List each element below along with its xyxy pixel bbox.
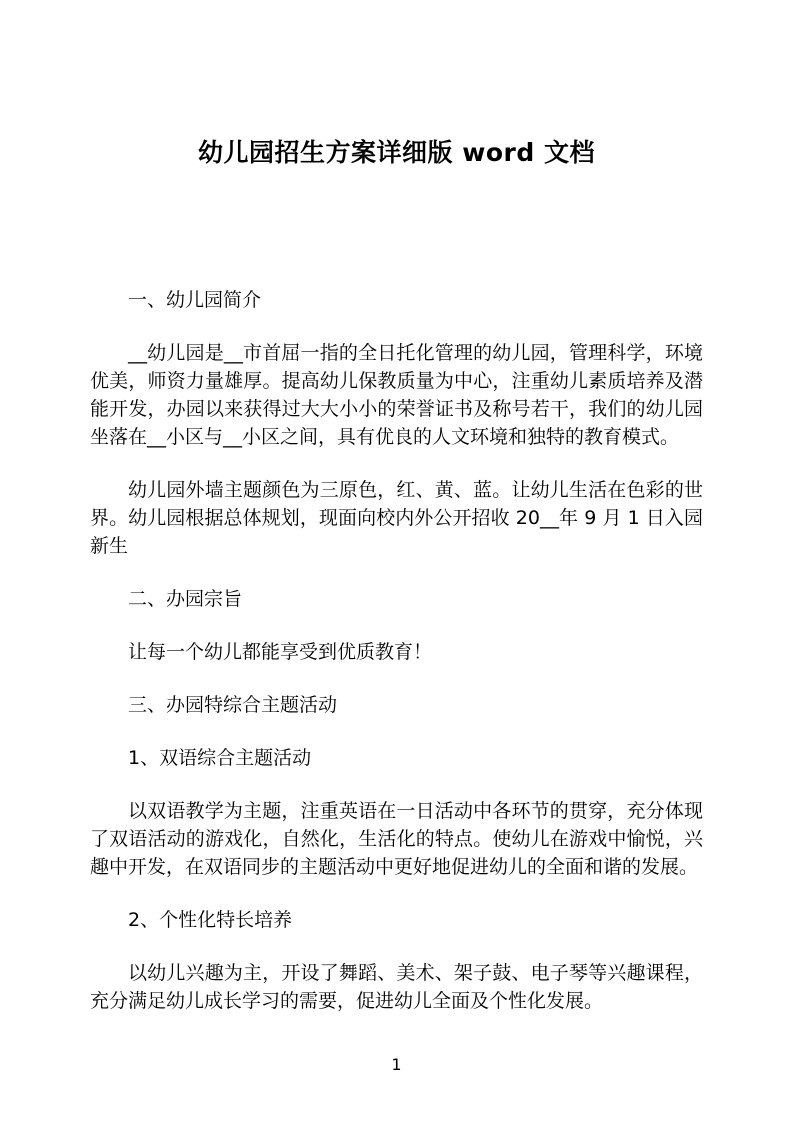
section-heading-2: 二、办园宗旨 xyxy=(90,585,703,613)
page-number: 1 xyxy=(0,1054,793,1076)
document-body: 一、幼儿园简介 __幼儿园是__市首屈一指的全日托化管理的幼儿园，管理科学，环境… xyxy=(90,286,703,1015)
subsection-heading-1: 1、双语综合主题活动 xyxy=(90,744,703,772)
paragraph-mission: 让每一个幼儿都能享受到优质教育！ xyxy=(90,638,703,666)
paragraph-personalized: 以幼儿兴趣为主，开设了舞蹈、美术、架子鼓、电子琴等兴趣课程，充分满足幼儿成长学习… xyxy=(90,959,703,1015)
paragraph-bilingual: 以双语教学为主题，注重英语在一日活动中各环节的贯穿，充分体现了双语活动的游戏化，… xyxy=(90,797,703,881)
section-heading-3: 三、办园特综合主题活动 xyxy=(90,691,703,719)
paragraph-colors-enrollment: 幼儿园外墙主题颜色为三原色，红、黄、蓝。让幼儿生活在色彩的世界。幼儿园根据总体规… xyxy=(90,476,703,560)
document-page: 幼儿园招生方案详细版 word 文档 一、幼儿园简介 __幼儿园是__市首屈一指… xyxy=(0,0,793,1122)
section-heading-1: 一、幼儿园简介 xyxy=(90,286,703,314)
subsection-heading-2: 2、个性化特长培养 xyxy=(90,906,703,934)
document-title: 幼儿园招生方案详细版 word 文档 xyxy=(90,136,703,170)
paragraph-intro: __幼儿园是__市首屈一指的全日托化管理的幼儿园，管理科学，环境优美，师资力量雄… xyxy=(90,339,703,451)
